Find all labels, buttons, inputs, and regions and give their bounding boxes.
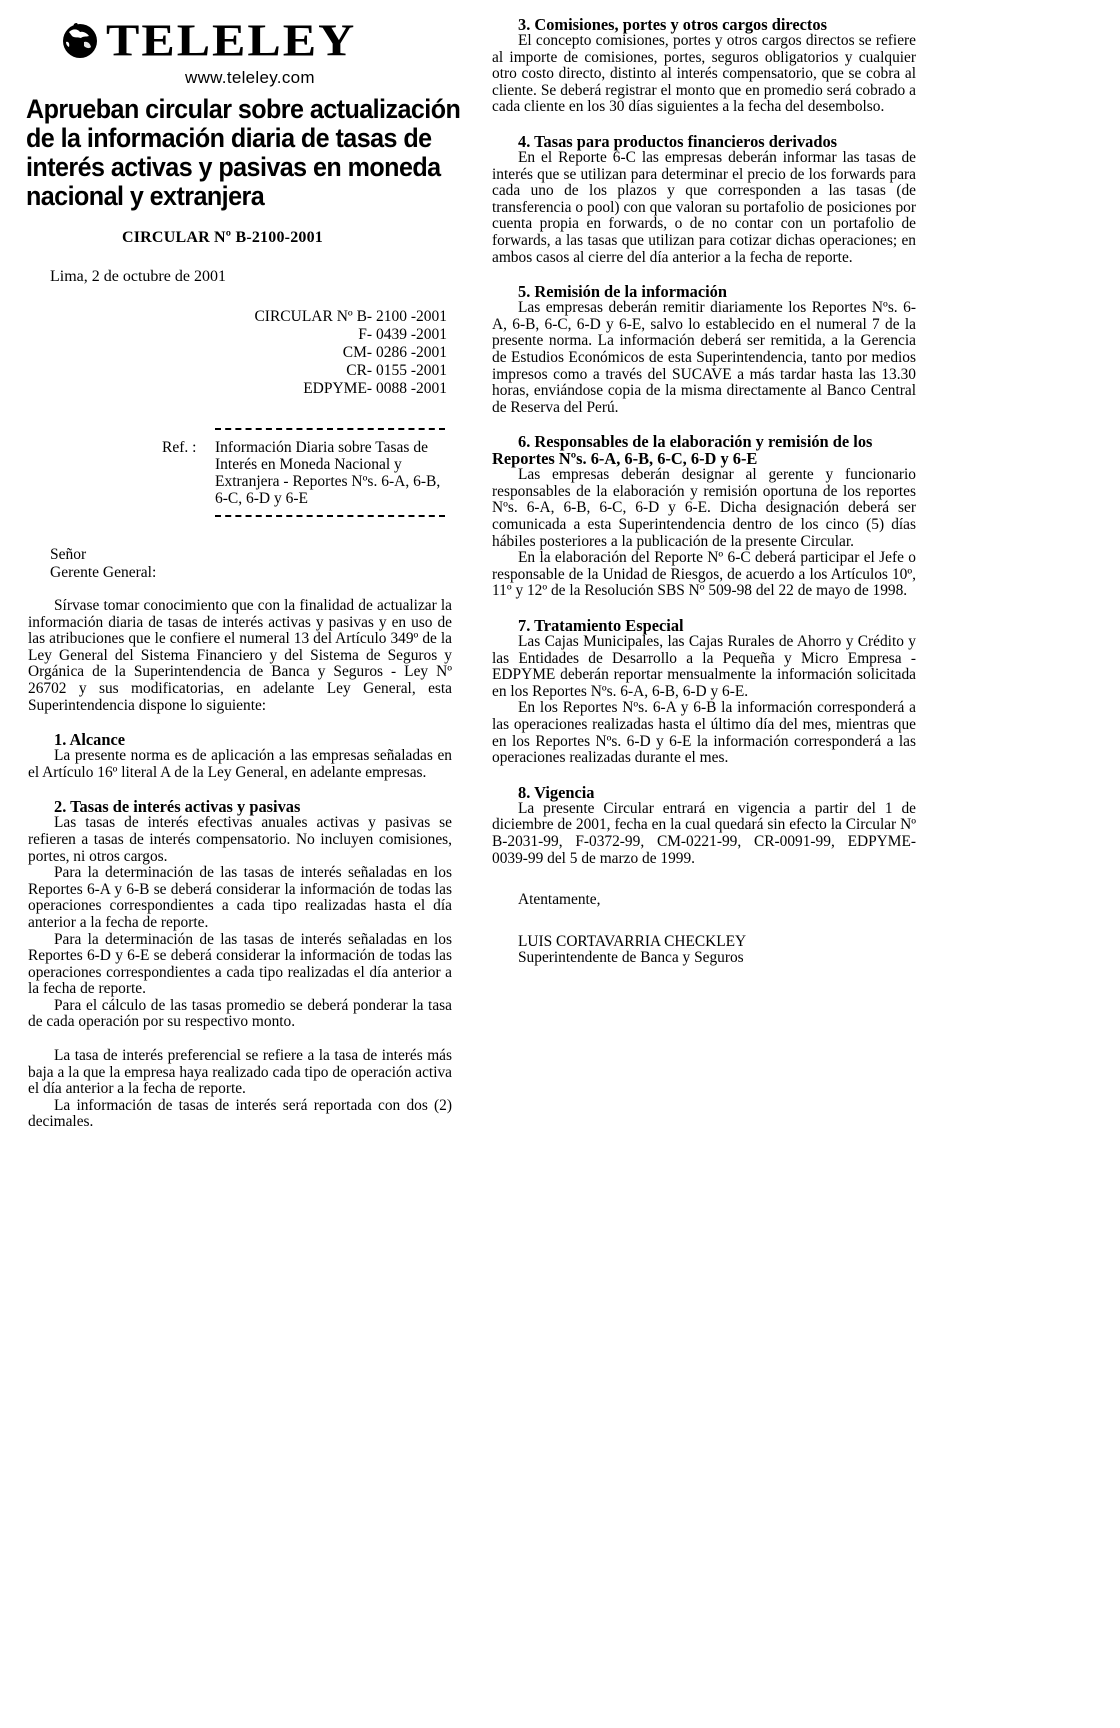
section-heading: 2. Tasas de interés activas y pasivas (28, 798, 452, 815)
section-paragraph: Las tasas de interés efectivas anuales a… (28, 815, 452, 865)
site-url[interactable]: www.teleley.com (185, 68, 315, 88)
headline: Aprueban circular sobre actualización de… (26, 95, 426, 211)
closing: Atentamente, (492, 892, 916, 909)
salutation: Señor Gerente General: (50, 546, 156, 582)
section-heading: 7. Tratamiento Especial (492, 617, 916, 634)
logo: TELELEY (60, 18, 356, 62)
masthead: TELELEY www.teleley.com (60, 18, 400, 88)
section-paragraph: La presente Circular entrará en vigencia… (492, 801, 916, 867)
section-paragraph: Para el cálculo de las tasas promedio se… (28, 998, 452, 1031)
circular-title: CIRCULAR Nº B-2100-2001 (122, 229, 323, 247)
globe-icon (60, 20, 100, 60)
signer-name: LUIS CORTAVARRIA CHECKLEY (492, 934, 916, 951)
section-paragraph: Las empresas deberán designar al gerente… (492, 467, 916, 550)
section-paragraph: La presente norma es de aplicación a las… (28, 748, 452, 781)
section-heading: 3. Comisiones, portes y otros cargos dir… (492, 16, 916, 33)
section-heading: 8. Vigencia (492, 784, 916, 801)
divider (215, 428, 445, 430)
ref-label: Ref. : (162, 439, 196, 457)
left-column: Sírvase tomar conocimiento que con la fi… (28, 598, 452, 1131)
headline-line: nacional y extranjera (26, 182, 426, 211)
section-paragraph: Para la determinación de las tasas de in… (28, 932, 452, 998)
section-paragraph: La tasa de interés preferencial se refie… (28, 1048, 452, 1098)
circular-date: Lima, 2 de octubre de 2001 (50, 268, 226, 286)
circular-code: F- 0439 -2001 (254, 326, 447, 344)
section-heading: 5. Remisión de la información (492, 283, 916, 300)
section-heading: 6. Responsables de la elaboración y remi… (492, 433, 916, 467)
right-column: 3. Comisiones, portes y otros cargos dir… (492, 16, 916, 967)
section-paragraph: Las Cajas Municipales, las Cajas Rurales… (492, 634, 916, 700)
circular-code: CM- 0286 -2001 (254, 344, 447, 362)
ref-text: Información Diaria sobre Tasas de Interé… (215, 439, 450, 507)
brand-name: TELELEY (106, 20, 356, 60)
section-paragraph: El concepto comisiones, portes y otros c… (492, 33, 916, 116)
headline-line: interés activas y pasivas en moneda (26, 153, 426, 182)
section-heading: 1. Alcance (28, 731, 452, 748)
salutation-line: Gerente General: (50, 564, 156, 582)
section-paragraph: En el Reporte 6-C las empresas deberán i… (492, 150, 916, 266)
section-paragraph: La información de tasas de interés será … (28, 1098, 452, 1131)
headline-line: Aprueban circular sobre actualización (26, 95, 426, 124)
circular-codes: CIRCULAR Nº B- 2100 -2001 F- 0439 -2001 … (254, 308, 447, 398)
salutation-line: Señor (50, 546, 156, 564)
intro-paragraph: Sírvase tomar conocimiento que con la fi… (28, 598, 452, 714)
signer-title: Superintendente de Banca y Seguros (492, 950, 916, 967)
section-paragraph: Para la determinación de las tasas de in… (28, 865, 452, 931)
circular-code: CIRCULAR Nº B- 2100 -2001 (254, 308, 447, 326)
section-paragraph: En la elaboración del Reporte Nº 6-C deb… (492, 550, 916, 600)
circular-code: CR- 0155 -2001 (254, 362, 447, 380)
section-paragraph: Las empresas deberán remitir diariamente… (492, 300, 916, 416)
divider (215, 515, 445, 517)
headline-line: de la información diaria de tasas de (26, 124, 426, 153)
section-heading: 4. Tasas para productos financieros deri… (492, 133, 916, 150)
section-paragraph: En los Reportes Nºs. 6-A y 6-B la inform… (492, 700, 916, 766)
circular-code: EDPYME- 0088 -2001 (254, 380, 447, 398)
